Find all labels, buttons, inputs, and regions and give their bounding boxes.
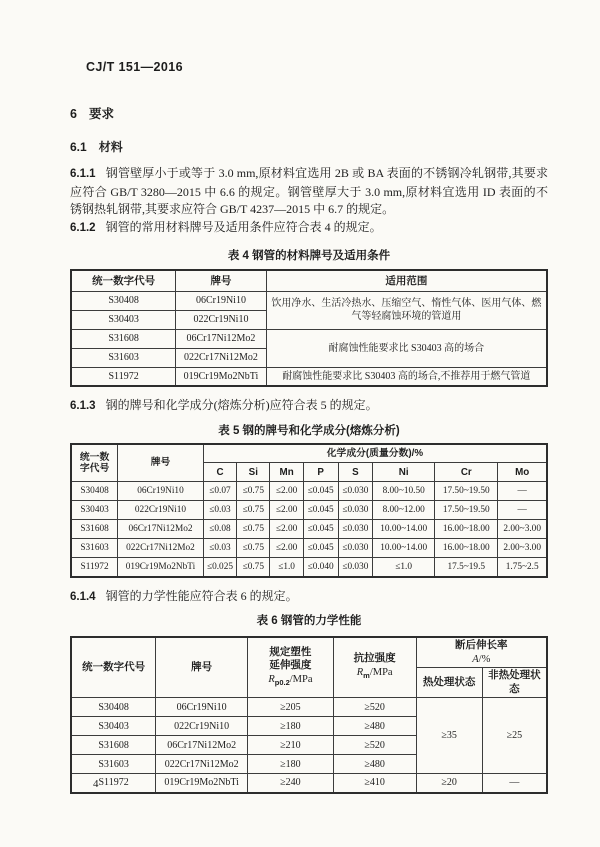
section-heading-6-1: 6.1材料 xyxy=(70,138,548,155)
col-header-tensile-strength: 抗拉强度 Rm/MPa xyxy=(333,637,416,698)
section-number: 6.1 xyxy=(70,140,87,154)
table-cell: ≤0.08 xyxy=(203,520,236,539)
col-header-code: 统一数字代号 xyxy=(71,270,176,291)
table-cell: ≤2.00 xyxy=(270,482,303,501)
table-cell: S31608 xyxy=(71,736,156,755)
table-cell: ≤0.75 xyxy=(237,520,270,539)
elongation-line1: 断后伸长率 xyxy=(419,639,544,653)
table-cell: ≥180 xyxy=(248,717,334,736)
table-cell: S11972 xyxy=(71,367,176,386)
clause-6-1-4: 6.1.4钢管的力学性能应符合表 6 的规定。 xyxy=(70,588,548,607)
table-cell: S30408 xyxy=(71,482,118,501)
table-cell: ≥205 xyxy=(248,698,334,717)
table-cell: 022Cr19Ni10 xyxy=(176,310,266,329)
table-cell: 022Cr19Ni10 xyxy=(118,501,204,520)
col-header-grade: 牌号 xyxy=(156,637,248,698)
table-cell: ≤0.030 xyxy=(338,501,373,520)
table-cell-merged-heat: ≥35 xyxy=(416,698,482,774)
table-cell: S31608 xyxy=(71,329,176,348)
table-cell: ≤0.030 xyxy=(338,482,373,501)
table-cell: 8.00~12.00 xyxy=(373,501,435,520)
table-cell: ≥180 xyxy=(248,755,334,774)
col-header-grade: 牌号 xyxy=(118,444,204,482)
table-cell: 17.50~19.50 xyxy=(435,482,498,501)
symbol-subscript: p0.2 xyxy=(275,678,290,687)
table-cell: 耐腐蚀性能要求比 S30403 高的场合,不推荐用于燃气管道 xyxy=(266,367,547,386)
clause-text: 钢管的常用材料牌号及适用条件应符合表 4 的规定。 xyxy=(106,220,382,234)
table-cell: 1.75~2.5 xyxy=(498,558,547,577)
table-cell: ≤0.75 xyxy=(237,482,270,501)
table-cell: S30403 xyxy=(71,717,156,736)
table-cell: S30403 xyxy=(71,501,118,520)
table-cell: ≥520 xyxy=(333,736,416,755)
tensile-strength-symbol: Rm/MPa xyxy=(336,666,414,683)
table-cell: ≤2.00 xyxy=(270,520,303,539)
col-header-Cr: Cr xyxy=(435,463,498,482)
col-header-code: 统一数 字代号 xyxy=(71,444,118,482)
table-cell: 019Cr19Mo2NbTi xyxy=(156,774,248,793)
table-cell: S30408 xyxy=(71,291,176,310)
table-cell: ≤0.040 xyxy=(303,558,338,577)
table-cell: ≤0.030 xyxy=(338,520,373,539)
table-cell: 06Cr19Ni10 xyxy=(118,482,204,501)
table-cell: S31603 xyxy=(71,539,118,558)
proof-strength-line1: 规定塑性 xyxy=(250,646,331,660)
section-title: 要求 xyxy=(89,107,114,121)
table-cell: ≤0.045 xyxy=(303,539,338,558)
table-row: S11972 019Cr19Mo2NbTi ≤0.025 ≤0.75 ≤1.0 … xyxy=(71,558,547,577)
col-header-code-line2: 字代号 xyxy=(74,463,115,474)
page-content: 6要求 6.1材料 6.1.1钢管壁厚小于或等于 3.0 mm,原材料宜选用 2… xyxy=(70,104,548,794)
symbol-unit: /% xyxy=(479,654,491,665)
clause-text: 钢的牌号和化学成分(熔炼分析)应符合表 5 的规定。 xyxy=(106,398,378,412)
table-cell: 2.00~3.00 xyxy=(498,539,547,558)
col-header-Mo: Mo xyxy=(498,463,547,482)
clause-number: 6.1.2 xyxy=(70,222,96,234)
tensile-strength-line1: 抗拉强度 xyxy=(336,652,414,666)
table-cell: ≤0.045 xyxy=(303,501,338,520)
table-cell: S30403 xyxy=(71,310,176,329)
table-cell: 17.50~19.50 xyxy=(435,501,498,520)
table-header-row: 统一数 字代号 牌号 化学成分(质量分数)/% xyxy=(71,444,547,463)
table4-title: 表 4 钢管的材料牌号及适用条件 xyxy=(70,247,548,263)
table-cell: ≤1.0 xyxy=(270,558,303,577)
col-header-P: P xyxy=(303,463,338,482)
table-cell: ≥410 xyxy=(333,774,416,793)
table-cell: 10.00~14.00 xyxy=(373,539,435,558)
symbol-unit: /MPa xyxy=(290,674,313,685)
section-title: 材料 xyxy=(99,140,123,154)
table-cell: S30408 xyxy=(71,698,156,717)
table-row: S31608 06Cr17Ni12Mo2 耐腐蚀性能要求比 S30403 高的场… xyxy=(71,329,547,348)
table4-material-grades: 统一数字代号 牌号 适用范围 S30408 06Cr19Ni10 饮用净水、生活… xyxy=(70,269,548,387)
col-header-proof-strength: 规定塑性 延伸强度 Rp0.2/MPa xyxy=(248,637,334,698)
clause-number: 6.1.1 xyxy=(70,168,96,180)
table-cell: S11972 xyxy=(71,774,156,793)
table-row: S31608 06Cr17Ni12Mo2 ≤0.08 ≤0.75 ≤2.00 ≤… xyxy=(71,520,547,539)
table-cell: 2.00~3.00 xyxy=(498,520,547,539)
table5-chemical-composition: 统一数 字代号 牌号 化学成分(质量分数)/% C Si Mn P S Ni C… xyxy=(70,443,548,578)
table-cell: 饮用净水、生活冷热水、压缩空气、惰性气体、医用气体、燃气等轻腐蚀环境的管道用 xyxy=(266,291,547,329)
clause-number: 6.1.3 xyxy=(70,400,96,412)
table6-title: 表 6 钢管的力学性能 xyxy=(70,612,548,628)
table-cell: S31603 xyxy=(71,755,156,774)
table-cell: S11972 xyxy=(71,558,118,577)
table-cell: ≥210 xyxy=(248,736,334,755)
elongation-symbol: A/% xyxy=(419,653,544,667)
table-row: S11972 019Cr19Mo2NbTi 耐腐蚀性能要求比 S30403 高的… xyxy=(71,367,547,386)
table-cell: ≤0.07 xyxy=(203,482,236,501)
table-cell: ≥20 xyxy=(416,774,482,793)
table-cell: 022Cr19Ni10 xyxy=(156,717,248,736)
table-cell: ≤0.03 xyxy=(203,501,236,520)
col-header-C: C xyxy=(203,463,236,482)
table-row: S30408 06Cr19Ni10 ≥205 ≥520 ≥35 ≥25 xyxy=(71,698,547,717)
table-cell: ≥240 xyxy=(248,774,334,793)
section-heading-6: 6要求 xyxy=(70,104,548,122)
table-cell: ≤0.030 xyxy=(338,558,373,577)
table-cell: ≥480 xyxy=(333,755,416,774)
table-cell: ≤2.00 xyxy=(270,501,303,520)
table-cell: ≤0.75 xyxy=(237,558,270,577)
table-cell: 17.5~19.5 xyxy=(435,558,498,577)
col-header-Si: Si xyxy=(237,463,270,482)
table5-title: 表 5 钢的牌号和化学成分(熔炼分析) xyxy=(70,422,548,438)
table-row: S30408 06Cr19Ni10 饮用净水、生活冷热水、压缩空气、惰性气体、医… xyxy=(71,291,547,310)
table-cell: — xyxy=(498,482,547,501)
table-cell: S31603 xyxy=(71,348,176,367)
table-cell: — xyxy=(482,774,547,793)
table-cell: 10.00~14.00 xyxy=(373,520,435,539)
table-cell: ≤2.00 xyxy=(270,539,303,558)
table-cell: ≥480 xyxy=(333,717,416,736)
col-header-non-heat-treated: 非热处理状态 xyxy=(482,668,547,698)
proof-strength-symbol: Rp0.2/MPa xyxy=(250,673,331,690)
col-header-scope: 适用范围 xyxy=(266,270,547,291)
table6-mechanical-properties: 统一数字代号 牌号 规定塑性 延伸强度 Rp0.2/MPa 抗拉强度 Rm/MP… xyxy=(70,636,548,794)
table-cell-merged-nonheat: ≥25 xyxy=(482,698,547,774)
table-cell: 019Cr19Mo2NbTi xyxy=(176,367,266,386)
table-cell: ≤0.030 xyxy=(338,539,373,558)
table-cell: 06Cr17Ni12Mo2 xyxy=(118,520,204,539)
table-cell: ≤1.0 xyxy=(373,558,435,577)
table-cell: 16.00~18.00 xyxy=(435,539,498,558)
table-cell: 16.00~18.00 xyxy=(435,520,498,539)
col-header-Ni: Ni xyxy=(373,463,435,482)
col-header-composition-group: 化学成分(质量分数)/% xyxy=(203,444,547,463)
table-row: S11972 019Cr19Mo2NbTi ≥240 ≥410 ≥20 — xyxy=(71,774,547,793)
symbol-subscript: m xyxy=(363,671,370,680)
clause-text: 钢管的力学性能应符合表 6 的规定。 xyxy=(106,589,298,603)
col-header-heat-treated: 热处理状态 xyxy=(416,668,482,698)
col-header-grade: 牌号 xyxy=(176,270,266,291)
clause-6-1-2: 6.1.2钢管的常用材料牌号及适用条件应符合表 4 的规定。 xyxy=(70,219,548,238)
table-cell: 06Cr19Ni10 xyxy=(156,698,248,717)
document-page: CJ/T 151—2016 6要求 6.1材料 6.1.1钢管壁厚小于或等于 3… xyxy=(0,0,600,847)
table-row: S30408 06Cr19Ni10 ≤0.07 ≤0.75 ≤2.00 ≤0.0… xyxy=(71,482,547,501)
col-header-S: S xyxy=(338,463,373,482)
clause-6-1-1: 6.1.1钢管壁厚小于或等于 3.0 mm,原材料宜选用 2B 或 BA 表面的… xyxy=(70,165,548,219)
col-header-Mn: Mn xyxy=(270,463,303,482)
table-cell: S31608 xyxy=(71,520,118,539)
table-cell: — xyxy=(498,501,547,520)
section-number: 6 xyxy=(70,107,77,121)
symbol-unit: /MPa xyxy=(370,667,393,678)
col-header-code: 统一数字代号 xyxy=(71,637,156,698)
proof-strength-line2: 延伸强度 xyxy=(250,659,331,673)
table-cell: ≤0.045 xyxy=(303,520,338,539)
clause-number: 6.1.4 xyxy=(70,591,96,603)
clause-6-1-3: 6.1.3钢的牌号和化学成分(熔炼分析)应符合表 5 的规定。 xyxy=(70,397,548,416)
table-cell: ≤0.75 xyxy=(237,539,270,558)
table-cell: 022Cr17Ni12Mo2 xyxy=(156,755,248,774)
table-cell: 06Cr19Ni10 xyxy=(176,291,266,310)
table-cell: ≤0.045 xyxy=(303,482,338,501)
table-row: S30403 022Cr19Ni10 ≤0.03 ≤0.75 ≤2.00 ≤0.… xyxy=(71,501,547,520)
table-cell: ≥520 xyxy=(333,698,416,717)
table-cell: ≤0.03 xyxy=(203,539,236,558)
table-cell: 06Cr17Ni12Mo2 xyxy=(176,329,266,348)
page-number: 4 xyxy=(93,778,99,790)
table-cell: 022Cr17Ni12Mo2 xyxy=(118,539,204,558)
table-header-row: 统一数字代号 牌号 适用范围 xyxy=(71,270,547,291)
table-cell: ≤0.75 xyxy=(237,501,270,520)
col-header-elongation-group: 断后伸长率 A/% xyxy=(416,637,547,668)
clause-text: 钢管壁厚小于或等于 3.0 mm,原材料宜选用 2B 或 BA 表面的不锈钢冷轧… xyxy=(70,166,548,216)
table-cell: 06Cr17Ni12Mo2 xyxy=(156,736,248,755)
standard-number: CJ/T 151—2016 xyxy=(86,60,183,74)
table-cell: 022Cr17Ni12Mo2 xyxy=(176,348,266,367)
table-cell: 8.00~10.50 xyxy=(373,482,435,501)
table-cell: ≤0.025 xyxy=(203,558,236,577)
table-row: S31603 022Cr17Ni12Mo2 ≤0.03 ≤0.75 ≤2.00 … xyxy=(71,539,547,558)
table-cell: 耐腐蚀性能要求比 S30403 高的场合 xyxy=(266,329,547,367)
col-header-code-line1: 统一数 xyxy=(74,452,115,463)
table-header-row: 统一数字代号 牌号 规定塑性 延伸强度 Rp0.2/MPa 抗拉强度 Rm/MP… xyxy=(71,637,547,668)
table-cell: 019Cr19Mo2NbTi xyxy=(118,558,204,577)
